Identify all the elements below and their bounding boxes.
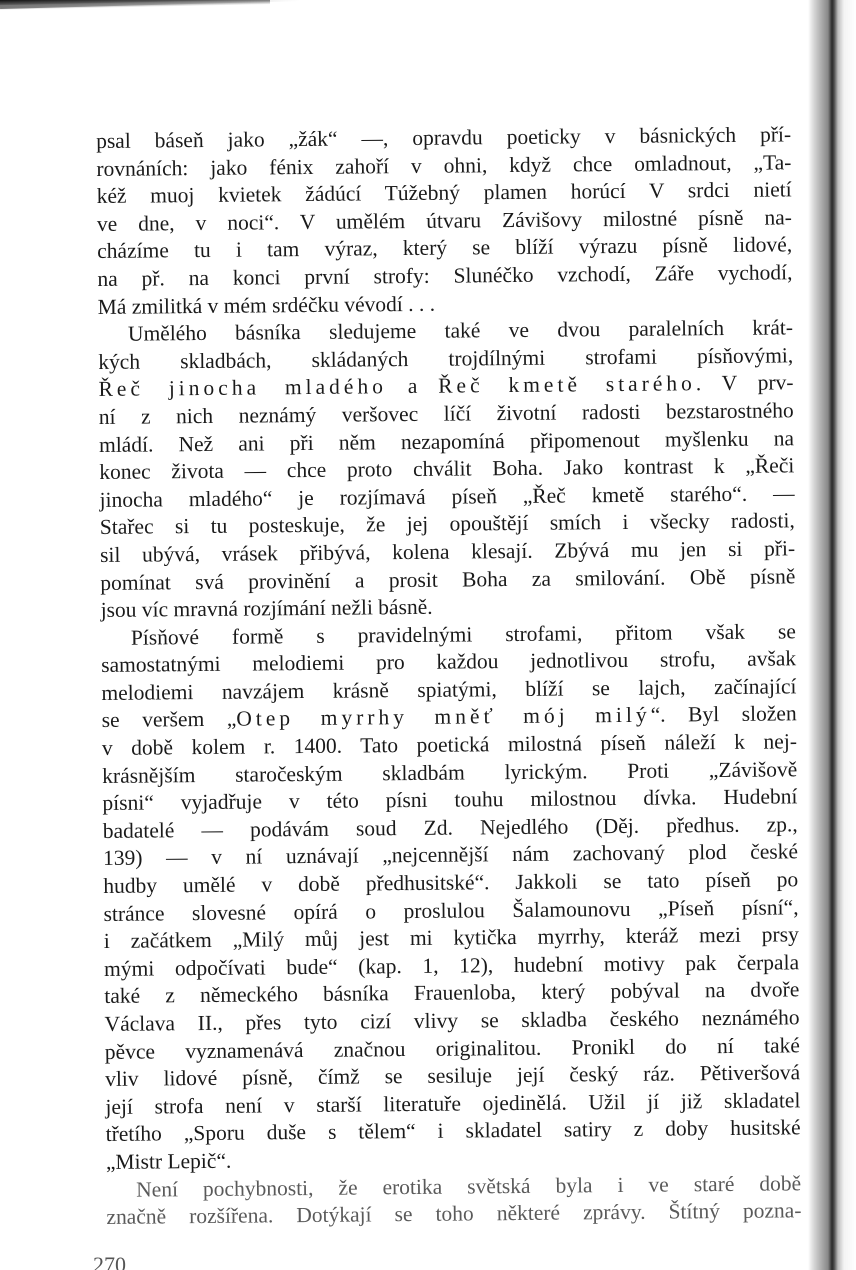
spaced-title: Řeč kmetě starého xyxy=(438,372,696,398)
page-number: 270 xyxy=(93,1252,126,1270)
text-line: značně rozšířena. Dotýkají se toho někte… xyxy=(106,1197,801,1231)
book-gutter-shadow xyxy=(808,0,856,1270)
spaced-title: Otep myrrhy mněť mój milý xyxy=(236,703,651,731)
text-fragment: “. Byl složen xyxy=(651,702,797,727)
text-fragment: a xyxy=(387,374,438,398)
text-fragment: se veršem „ xyxy=(102,707,237,732)
page-body-text: psal báseň jako „žák“ —, opravdu poetick… xyxy=(96,121,802,1231)
text-fragment: . V prv- xyxy=(696,371,794,396)
spaced-title: Řeč jinocha mladého xyxy=(98,375,387,402)
